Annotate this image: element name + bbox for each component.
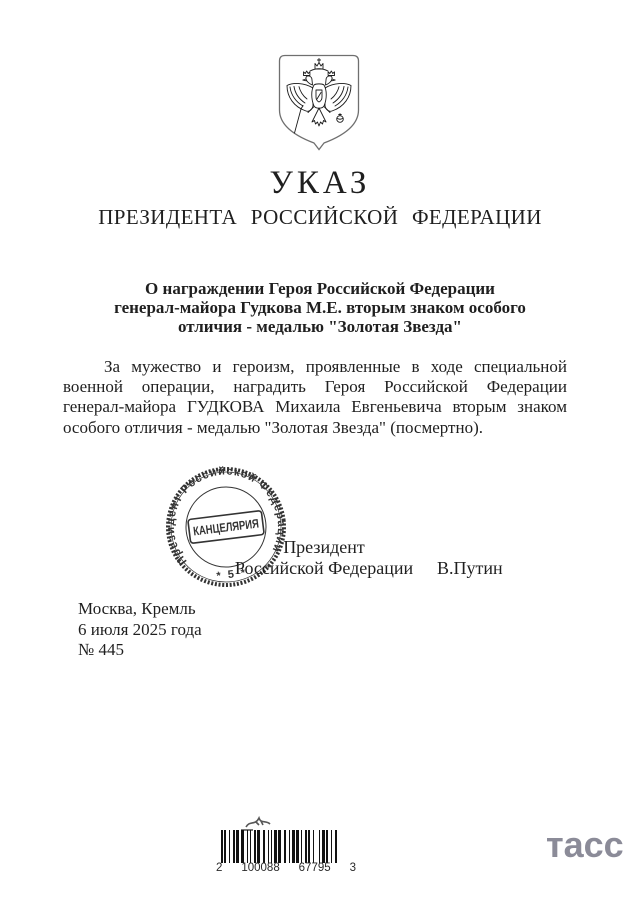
chancellery-stamp: Президент Российской Федерации * 5 * КАН…: [151, 452, 301, 602]
subject-line: отличия - медалью "Золотая Звезда": [68, 317, 572, 336]
svg-text:Президент Российской Федерации: Президент Российской Федерации: [158, 458, 291, 568]
issue-place: Москва, Кремль: [78, 599, 202, 620]
issue-date: 6 июля 2025 года: [78, 620, 202, 641]
barcode-digit-group: 67795: [299, 862, 331, 874]
body-line: военной операции, наградить Героя Россий…: [63, 377, 567, 397]
barcode-digit-group: 100088: [241, 862, 279, 874]
issue-block: Москва, Кремль 6 июля 2025 года № 445: [78, 599, 202, 661]
signer-name: В.Путин: [437, 558, 503, 579]
subject-line: генерал-майора Гудкова М.Е. вторым знако…: [68, 298, 572, 317]
stamp-ring-text: Президент Российской Федерации: [158, 458, 291, 568]
decree-title: УКАЗ: [68, 165, 572, 201]
stamp-bottom-text: * 5 *: [216, 567, 248, 583]
barcode-bars: [221, 830, 353, 863]
barcode-digit-group: 3: [350, 862, 356, 874]
decree-page: УКАЗ ПРЕЗИДЕНТА РОССИЙСКОЙ ФЕДЕРАЦИИ О н…: [0, 0, 640, 905]
decree-body: За мужество и героизм, проявленные в ход…: [63, 357, 567, 438]
decree-number: № 445: [78, 640, 202, 661]
body-line: особого отличия - медалью "Золотая Звезд…: [63, 418, 567, 438]
barcode-digits: 2 100088 67795 3: [216, 862, 356, 874]
barcode-digit-group: 2: [216, 862, 222, 874]
tass-watermark-logo: тасс: [546, 827, 624, 863]
body-line: За мужество и героизм, проявленные в ход…: [63, 357, 567, 377]
decree-subject: О награждении Героя Российской Федерации…: [68, 279, 572, 336]
body-line: генерал-майора ГУДКОВА Михаила Евгеньеви…: [63, 397, 567, 417]
subject-line: О награждении Героя Российской Федерации: [68, 279, 572, 298]
russian-coat-of-arms-icon: [278, 54, 360, 152]
decree-subtitle: ПРЕЗИДЕНТА РОССИЙСКОЙ ФЕДЕРАЦИИ: [68, 205, 572, 229]
